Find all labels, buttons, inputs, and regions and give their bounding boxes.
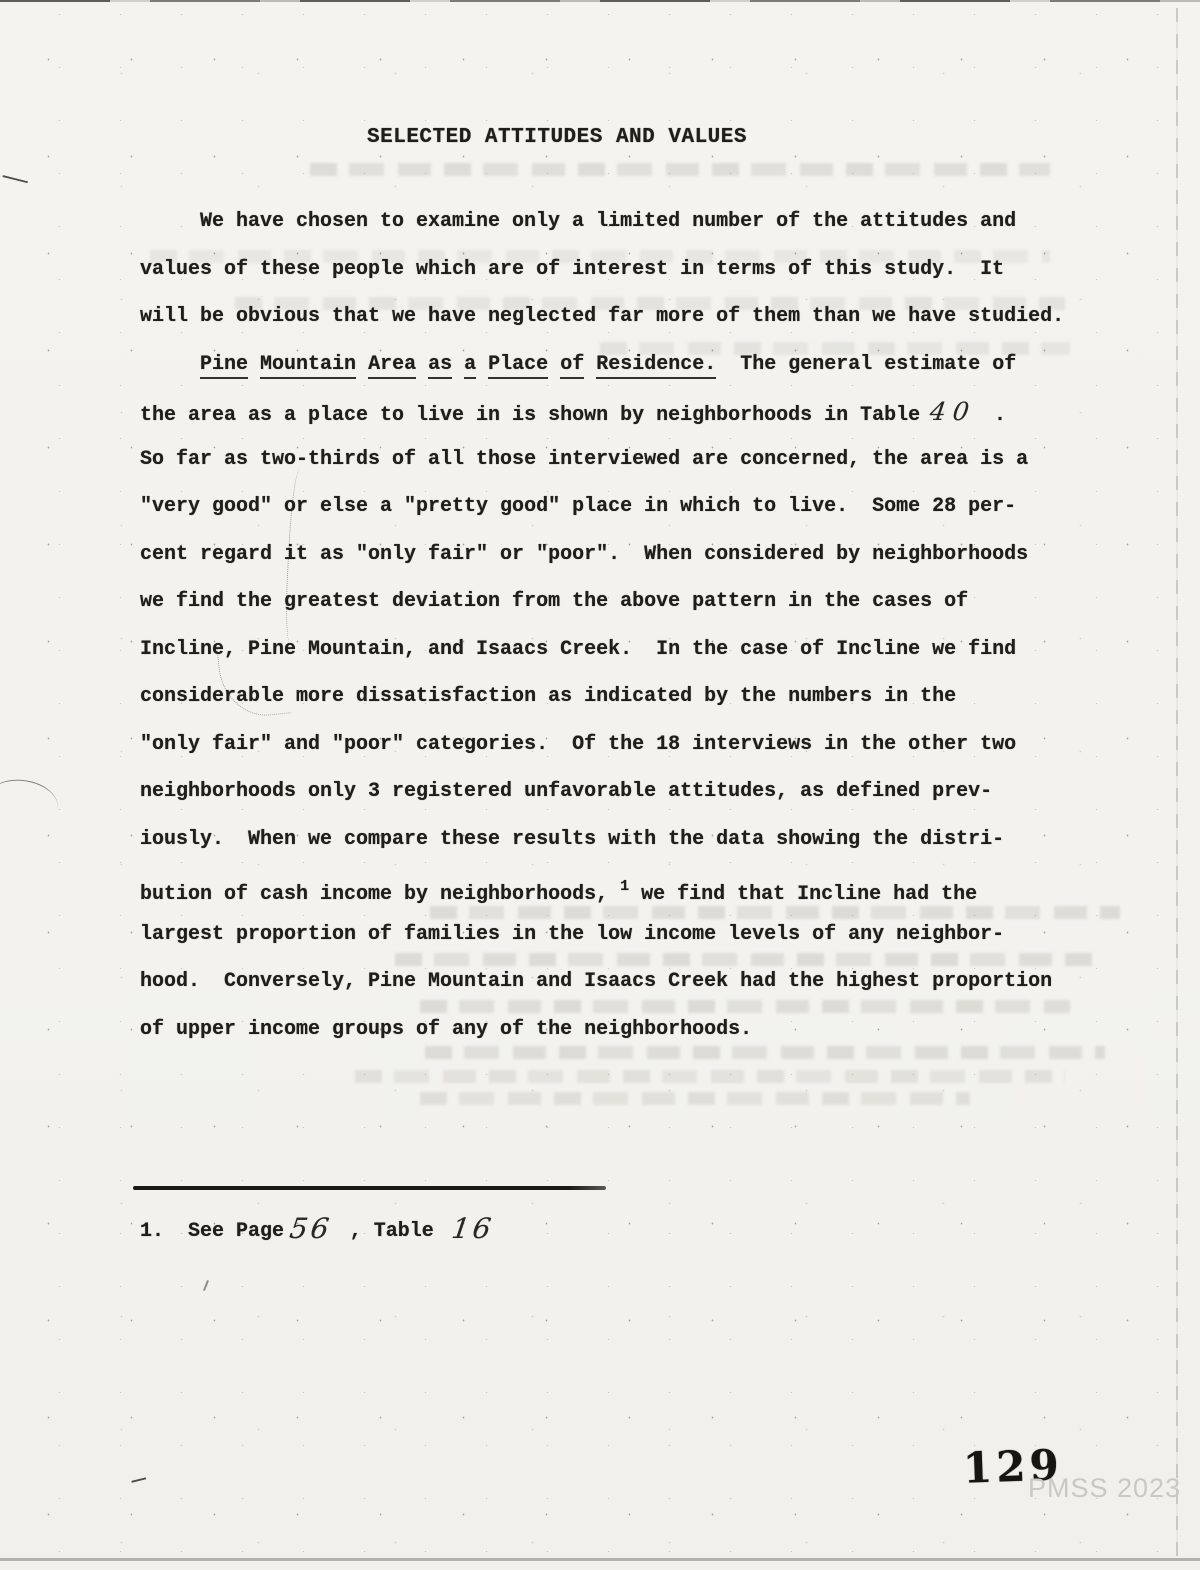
watermark: PMSS 2023 (1028, 1473, 1181, 1504)
text-line: considerable more dissatisfaction as ind… (140, 673, 1100, 721)
text-line: neighborhoods only 3 registered unfavora… (140, 768, 1100, 816)
text-segment: the area as a place to live in is shown … (140, 404, 920, 427)
footnote: 1. See Page56 , Table 16 (140, 1205, 499, 1252)
scan-edge-bottom (0, 1558, 1200, 1561)
text-line: "only fair" and "poor" categories. Of th… (140, 721, 1100, 769)
text-line: Incline, Pine Mountain, and Isaacs Creek… (140, 626, 1100, 674)
section-heading: Pine Mountain Area as a Place of Residen… (200, 353, 716, 379)
text-segment: we find that Incline had the (629, 883, 977, 906)
footnote-text: See Page (164, 1220, 284, 1243)
text-line: of upper income groups of any of the nei… (140, 1006, 1100, 1054)
text-line: values of these people which are of inte… (140, 246, 1100, 294)
text-line: the area as a place to live in is shown … (140, 388, 1100, 436)
text-line: So far as two-thirds of all those interv… (140, 436, 1100, 484)
text-line: "very good" or else a "pretty good" plac… (140, 483, 1100, 531)
handwritten-table-ref: 16 (448, 1205, 496, 1252)
pencil-mark (0, 775, 61, 832)
text-line: We have chosen to examine only a limited… (140, 198, 1100, 246)
document-body: We have chosen to examine only a limited… (140, 198, 1100, 1053)
bleed-through-artifact (310, 163, 1050, 176)
text-line: largest proportion of families in the lo… (140, 911, 1100, 959)
text-segment: bution of cash income by neighborhoods, (140, 883, 620, 906)
text-line: will be obvious that we have neglected f… (140, 293, 1100, 341)
text-segment: . (982, 404, 1006, 427)
footnote-text: , Table (338, 1220, 446, 1243)
text-line: cent regard it as "only fair" or "poor".… (140, 531, 1100, 579)
pencil-mark (131, 1477, 147, 1488)
scan-edge-top (0, 0, 1200, 2)
scan-edge-right (1176, 8, 1178, 1556)
handwritten-page-ref: 56 (287, 1205, 335, 1252)
footnote-rule (133, 1186, 606, 1190)
text-line: we find the greatest deviation from the … (140, 578, 1100, 626)
footnote-reference: 1 (620, 878, 629, 895)
page-title: SELECTED ATTITUDES AND VALUES (0, 126, 1114, 149)
text-segment: The general estimate of (716, 353, 1016, 376)
pencil-mark (0, 175, 28, 193)
text-line: hood. Conversely, Pine Mountain and Isaa… (140, 958, 1100, 1006)
handwritten-table-number: 40 (927, 388, 979, 436)
bleed-through-artifact (420, 1092, 970, 1105)
pencil-mark (203, 1280, 209, 1291)
text-line: iously. When we compare these results wi… (140, 816, 1100, 864)
bleed-through-artifact (355, 1070, 1065, 1083)
text-line: bution of cash income by neighborhoods, … (140, 863, 1100, 911)
footnote-marker: 1. (140, 1220, 164, 1243)
text-line: Pine Mountain Area as a Place of Residen… (140, 341, 1100, 389)
scanned-document-page: SELECTED ATTITUDES AND VALUES We have ch… (0, 0, 1200, 1570)
